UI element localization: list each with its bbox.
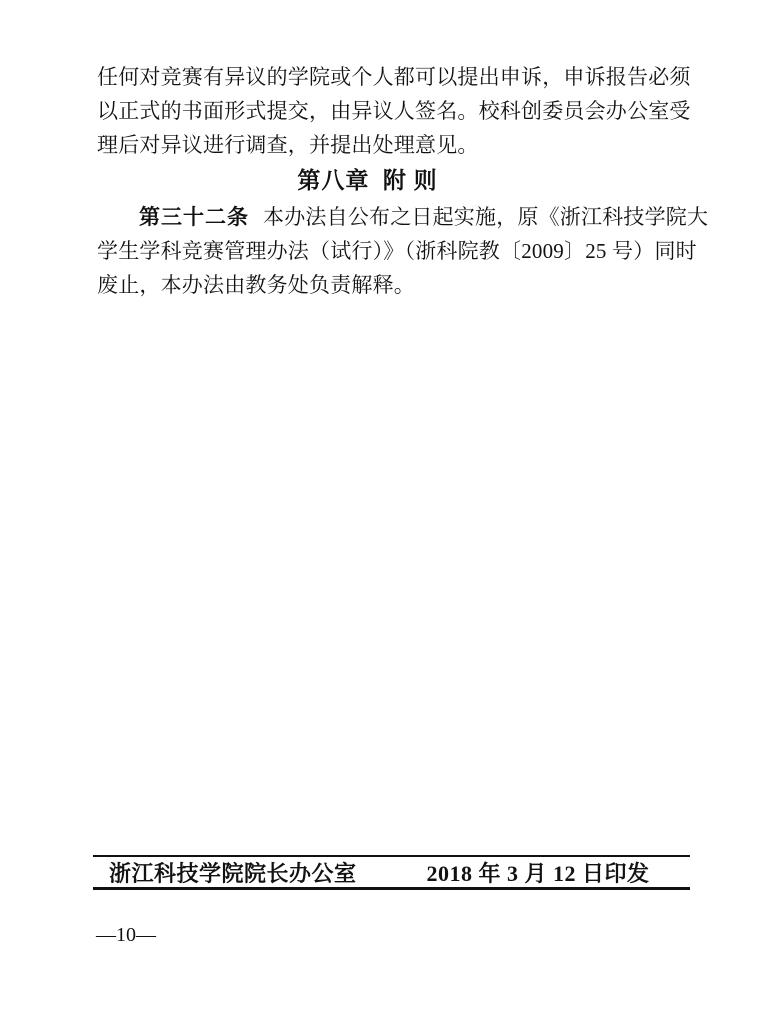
page-number: —10— (96, 924, 156, 947)
article-line: 第三十二条本办法自公布之日起实施，原《浙江科技学院大 (97, 200, 690, 234)
issuing-office-label: 浙江科技学院院长办公室 (109, 857, 357, 888)
paragraph-line: 任何对竞赛有异议的学院或个人都可以提出申诉，申诉报告必须 (97, 60, 690, 94)
article-number: 第三十二条 (139, 205, 249, 229)
article-line: 废止，本办法由教务处负责解释。 (97, 268, 690, 302)
paragraph-line: 以正式的书面形式提交，由异议人签名。校科创委员会办公室受 (97, 94, 690, 128)
document-body: 任何对竞赛有异议的学院或个人都可以提出申诉，申诉报告必须 以正式的书面形式提交，… (97, 60, 690, 302)
article-line: 学生学科竞赛管理办法（试行）》（浙科院教〔2009〕25 号）同时 (97, 234, 690, 268)
document-page: 任何对竞赛有异议的学院或个人都可以提出申诉，申诉报告必须 以正式的书面形式提交，… (0, 0, 783, 1014)
paragraph-line: 理后对异议进行调查，并提出处理意见。 (97, 128, 690, 162)
article-text: 本办法自公布之日起实施，原《浙江科技学院大 (263, 205, 708, 229)
print-date-label: 2018 年 3 月 12 日印发 (427, 857, 650, 888)
footer-colophon-bar: 浙江科技学院院长办公室 2018 年 3 月 12 日印发 (93, 855, 690, 890)
chapter-heading: 第八章 附 则 (71, 163, 664, 199)
